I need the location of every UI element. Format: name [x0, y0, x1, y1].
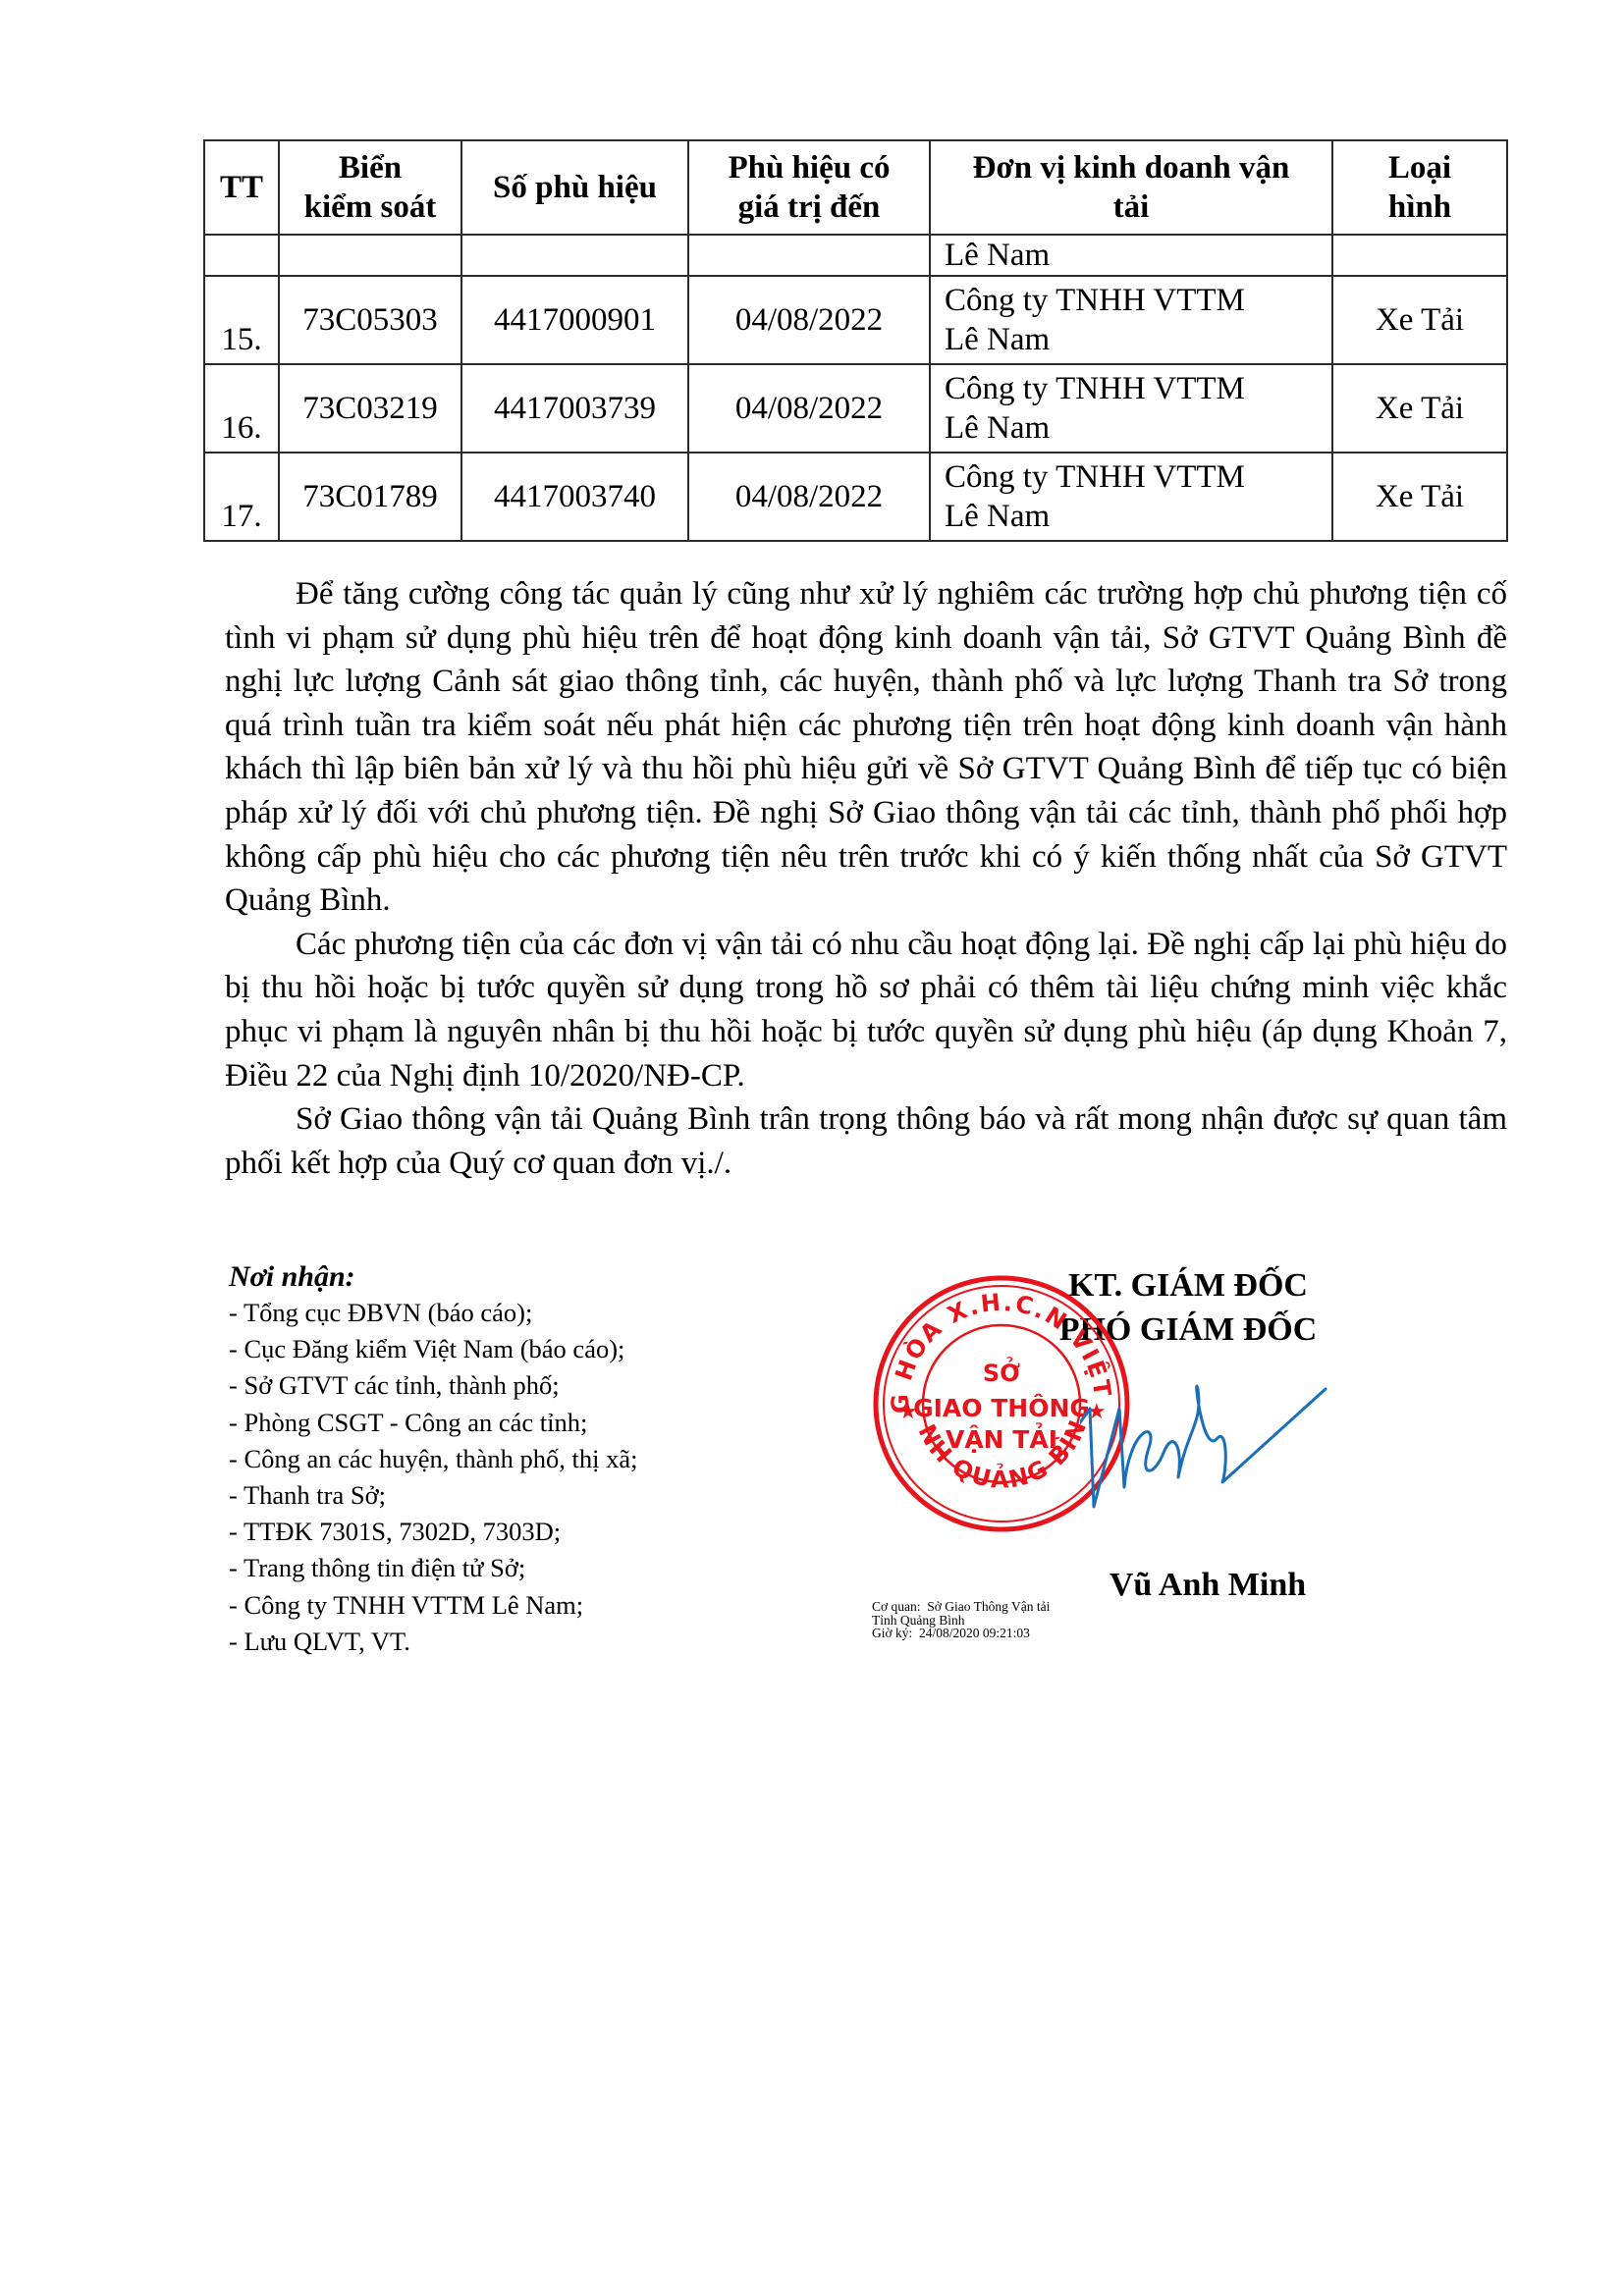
header-plate: Biển kiểm soát	[279, 140, 461, 235]
recipient-item: - Thanh tra Sở;	[229, 1477, 818, 1514]
body-text: Để tăng cường công tác quản lý cũng như …	[225, 572, 1507, 1185]
svg-text:SỞ: SỞ	[983, 1355, 1020, 1387]
header-operator: Đơn vị kinh doanh vận tải	[930, 140, 1332, 235]
cell-tt: 16.	[204, 364, 279, 453]
header-tt: TT	[204, 140, 279, 235]
cell-valid-until: 04/08/2022	[688, 364, 930, 453]
recipient-item: - Phòng CSGT - Công an các tỉnh;	[229, 1405, 818, 1441]
cell-badge-no: 4417003740	[461, 453, 688, 541]
cell-tt: 15.	[204, 276, 279, 364]
table-header-row: TT Biển kiểm soát Số phù hiệu Phù hiệu c…	[204, 140, 1507, 235]
paragraph-2: Các phương tiện của các đơn vị vận tải c…	[225, 923, 1507, 1097]
operator-line2: Lê Nam	[945, 320, 1331, 359]
recipient-item: - TTĐK 7301S, 7302D, 7303D;	[229, 1514, 818, 1550]
operator-line1: Công ty TNHH VTTM	[945, 281, 1331, 320]
cell-operator: Công ty TNHH VTTMLê Nam	[930, 453, 1332, 541]
cell-badge-no: 4417000901	[461, 276, 688, 364]
paragraph-3: Sở Giao thông vận tải Quảng Bình trân tr…	[225, 1097, 1507, 1185]
table-row: 16.73C03219441700373904/08/2022Công ty T…	[204, 364, 1507, 453]
vehicle-badge-table: TT Biển kiểm soát Số phù hiệu Phù hiệu c…	[203, 139, 1508, 542]
paragraph-1: Để tăng cường công tác quản lý cũng như …	[225, 572, 1507, 923]
cell-valid-until: 04/08/2022	[688, 276, 930, 364]
recipients-title: Nơi nhận:	[229, 1259, 818, 1295]
cell-tt: 17.	[204, 453, 279, 541]
recipients-block: Nơi nhận: - Tổng cục ĐBVN (báo cáo); - C…	[229, 1259, 818, 1660]
cell-valid-until: 04/08/2022	[688, 453, 930, 541]
cell-type: Xe Tải	[1332, 453, 1507, 541]
cell-badge-no: 4417003739	[461, 364, 688, 453]
svg-text:VẬN TẢI: VẬN TẢI	[946, 1421, 1057, 1454]
recipient-item: - Tổng cục ĐBVN (báo cáo);	[229, 1295, 818, 1331]
recipient-item: - Công an các huyện, thành phố, thị xã;	[229, 1441, 818, 1477]
operator-line1: Công ty TNHH VTTM	[945, 369, 1331, 408]
cell-type: Xe Tải	[1332, 276, 1507, 364]
recipient-item: - Cục Đăng kiểm Việt Nam (báo cáo);	[229, 1331, 818, 1367]
header-type: Loại hình	[1332, 140, 1507, 235]
header-badge-no: Số phù hiệu	[461, 140, 688, 235]
recipient-item: - Trang thông tin điện tử Sở;	[229, 1550, 818, 1586]
cell-operator: Công ty TNHH VTTMLê Nam	[930, 276, 1332, 364]
operator-line2: Lê Nam	[945, 408, 1331, 448]
table-row-continuation: Lê Nam	[204, 235, 1507, 276]
cell-plate: 73C01789	[279, 453, 461, 541]
handwritten-signature-icon	[1080, 1369, 1335, 1517]
cell-type: Xe Tải	[1332, 364, 1507, 453]
operator-line1: Công ty TNHH VTTM	[945, 457, 1331, 497]
table-row: 17.73C01789441700374004/08/2022Công ty T…	[204, 453, 1507, 541]
recipient-item: - Lưu QLVT, VT.	[229, 1624, 818, 1660]
cell-plate: 73C03219	[279, 364, 461, 453]
operator-line2: Lê Nam	[945, 497, 1331, 536]
svg-text:GIAO THÔNG: GIAO THÔNG	[913, 1393, 1090, 1422]
cell-operator: Công ty TNHH VTTMLê Nam	[930, 364, 1332, 453]
cell-operator: Lê Nam	[930, 235, 1332, 276]
recipient-item: - Sở GTVT các tỉnh, thành phố;	[229, 1367, 818, 1404]
signer-name: Vũ Anh Minh	[1060, 1567, 1355, 1604]
recipient-item: - Công ty TNHH VTTM Lê Nam;	[229, 1587, 818, 1624]
cell-plate: 73C05303	[279, 276, 461, 364]
recipients-list: - Tổng cục ĐBVN (báo cáo); - Cục Đăng ki…	[229, 1295, 818, 1660]
header-valid-until: Phù hiệu có giá trị đến	[688, 140, 930, 235]
digital-signature-meta: Cơ quan: Sở Giao Thông Vận tải Tỉnh Quản…	[872, 1600, 1050, 1640]
table-row: 15.73C05303441700090104/08/2022Công ty T…	[204, 276, 1507, 364]
